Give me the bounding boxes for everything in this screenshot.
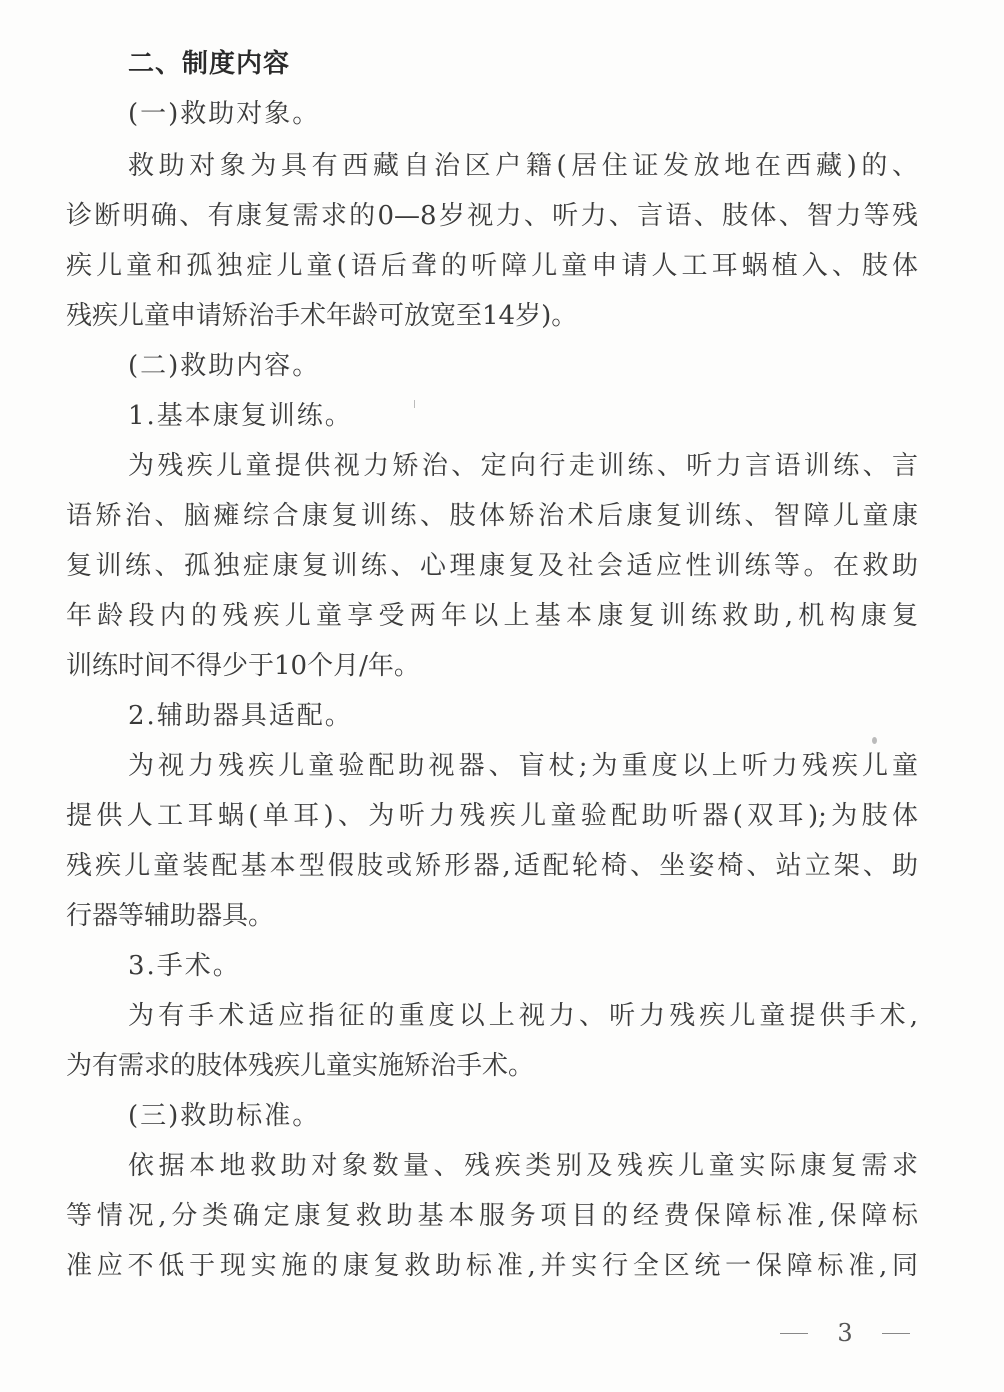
text-line: 年龄段内的残疾儿童享受两年以上基本康复训练救助,机构康复 — [66, 596, 918, 636]
text-line: 等情况,分类确定康复救助基本服务项目的经费保障标准,保障标 — [66, 1196, 918, 1236]
text-line: 为视力残疾儿童验配助视器、盲杖;为重度以上听力残疾儿童 — [128, 746, 918, 786]
text-line: 语矫治、脑瘫综合康复训练、肢体矫治术后康复训练、智障儿童康 — [66, 496, 918, 536]
text-line: (三)救助标准。 — [128, 1096, 918, 1136]
text-line: (二)救助内容。 — [128, 346, 918, 386]
page-footer: 3 — [780, 1318, 910, 1348]
text-line: 疾儿童和孤独症儿童(语后聋的听障儿童申请人工耳蜗植入、肢体 — [66, 246, 918, 286]
text-line: 准应不低于现实施的康复救助标准,并实行全区统一保障标准,同 — [66, 1246, 918, 1286]
document-page: 二、制度内容 (一)救助对象。救助对象为具有西藏自治区户籍(居住证发放地在西藏)… — [0, 0, 1004, 1392]
text-line: 1.基本康复训练。 — [128, 396, 918, 436]
page-dash-right — [882, 1333, 910, 1334]
text-line: 为有需求的肢体残疾儿童实施矫治手术。 — [66, 1046, 918, 1086]
text-line: 行器等辅助器具。 — [66, 896, 918, 936]
scan-speck — [414, 400, 415, 408]
section-heading: 二、制度内容 — [128, 44, 918, 84]
text-line: 依据本地救助对象数量、残疾类别及残疾儿童实际康复需求 — [128, 1146, 918, 1186]
text-line: 残疾儿童申请矫治手术年龄可放宽至14岁)。 — [66, 296, 918, 336]
text-line: 救助对象为具有西藏自治区户籍(居住证发放地在西藏)的、 — [128, 146, 918, 186]
text-line: 残疾儿童装配基本型假肢或矫形器,适配轮椅、坐姿椅、站立架、助 — [66, 846, 918, 886]
text-line: 3.手术。 — [128, 946, 918, 986]
text-line: 训练时间不得少于10个月/年。 — [66, 646, 918, 686]
text-line: 2.辅助器具适配。 — [128, 696, 918, 736]
scan-speck — [872, 737, 877, 744]
page-dash-left — [780, 1333, 808, 1334]
text-line: 为有手术适应指征的重度以上视力、听力残疾儿童提供手术, — [128, 996, 918, 1036]
text-line: 诊断明确、有康复需求的0—8岁视力、听力、言语、肢体、智力等残 — [66, 196, 918, 236]
text-line: 提供人工耳蜗(单耳)、为听力残疾儿童验配助听器(双耳);为肢体 — [66, 796, 918, 836]
text-line: 为残疾儿童提供视力矫治、定向行走训练、听力言语训练、言 — [128, 446, 918, 486]
page-number: 3 — [837, 1319, 852, 1347]
text-line: 复训练、孤独症康复训练、心理康复及社会适应性训练等。在救助 — [66, 546, 918, 586]
text-line: (一)救助对象。 — [128, 94, 918, 134]
